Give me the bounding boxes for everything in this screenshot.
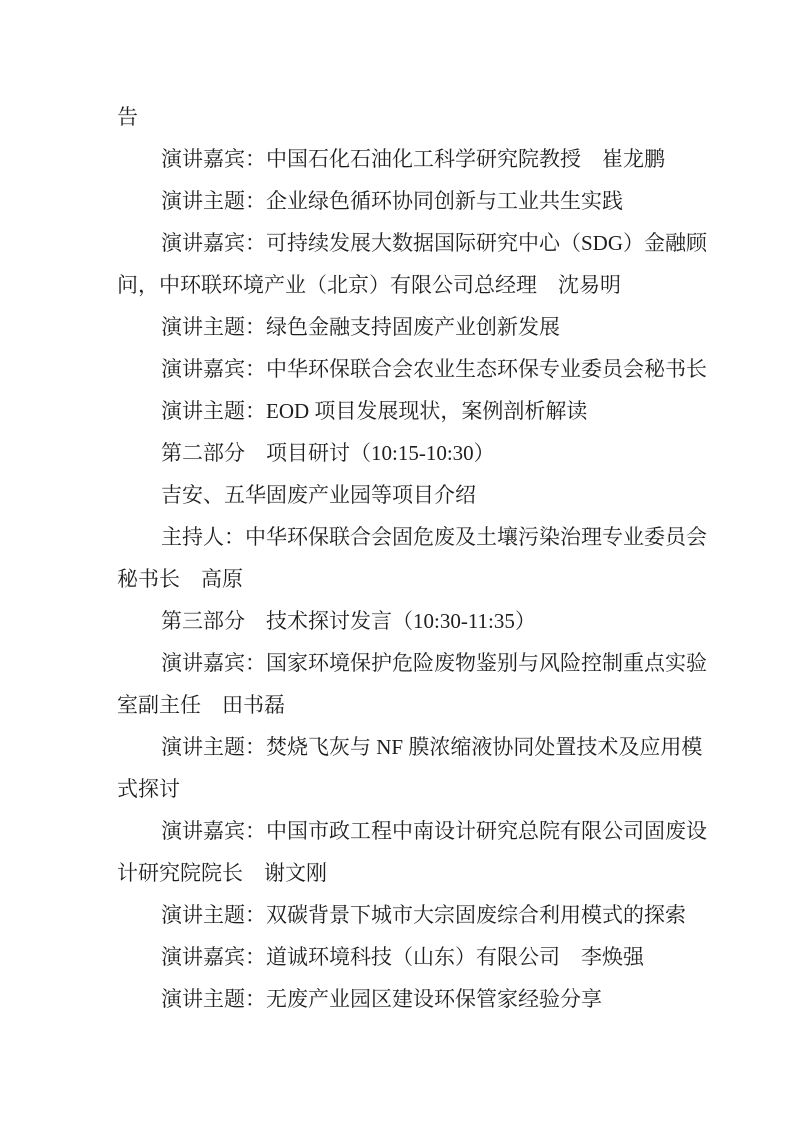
text-line: 第二部分 项目研讨（10:15-10:30）: [117, 432, 699, 474]
text-line: 演讲主题：双碳背景下城市大宗固废综合利用模式的探索: [117, 894, 699, 936]
text-line: 演讲主题：焚烧飞灰与 NF 膜浓缩液协同处置技术及应用模: [117, 726, 699, 768]
text-line: 演讲嘉宾：中国石化石油化工科学研究院教授 崔龙鹏: [117, 138, 699, 180]
text-line: 演讲嘉宾：国家环境保护危险废物鉴别与风险控制重点实验: [117, 642, 699, 684]
text-line: 第三部分 技术探讨发言（10:30-11:35）: [117, 600, 699, 642]
text-line: 演讲主题：EOD 项目发展现状，案例剖析解读: [117, 390, 699, 432]
text-line: 秘书长 高原: [117, 558, 699, 600]
text-line: 演讲嘉宾：可持续发展大数据国际研究中心（SDG）金融顾: [117, 222, 699, 264]
text-line: 室副主任 田书磊: [117, 684, 699, 726]
text-line: 告: [117, 96, 699, 138]
text-line: 演讲嘉宾：道诚环境科技（山东）有限公司 李焕强: [117, 936, 699, 978]
text-line: 主持人：中华环保联合会固危废及土壤污染治理专业委员会: [117, 516, 699, 558]
text-line: 计研究院院长 谢文刚: [117, 852, 699, 894]
text-line: 演讲嘉宾：中国市政工程中南设计研究总院有限公司固废设: [117, 810, 699, 852]
text-line: 式探讨: [117, 768, 699, 810]
text-line: 演讲主题：企业绿色循环协同创新与工业共生实践: [117, 180, 699, 222]
text-line: 演讲主题：绿色金融支持固废产业创新发展: [117, 306, 699, 348]
document-page: 告演讲嘉宾：中国石化石油化工科学研究院教授 崔龙鹏演讲主题：企业绿色循环协同创新…: [0, 0, 794, 1123]
text-line: 吉安、五华固废产业园等项目介绍: [117, 474, 699, 516]
text-line: 问，中环联环境产业（北京）有限公司总经理 沈易明: [117, 264, 699, 306]
text-column: 告演讲嘉宾：中国石化石油化工科学研究院教授 崔龙鹏演讲主题：企业绿色循环协同创新…: [117, 96, 699, 1020]
text-line: 演讲主题：无废产业园区建设环保管家经验分享: [117, 978, 699, 1020]
text-line: 演讲嘉宾：中华环保联合会农业生态环保专业委员会秘书长: [117, 348, 699, 390]
